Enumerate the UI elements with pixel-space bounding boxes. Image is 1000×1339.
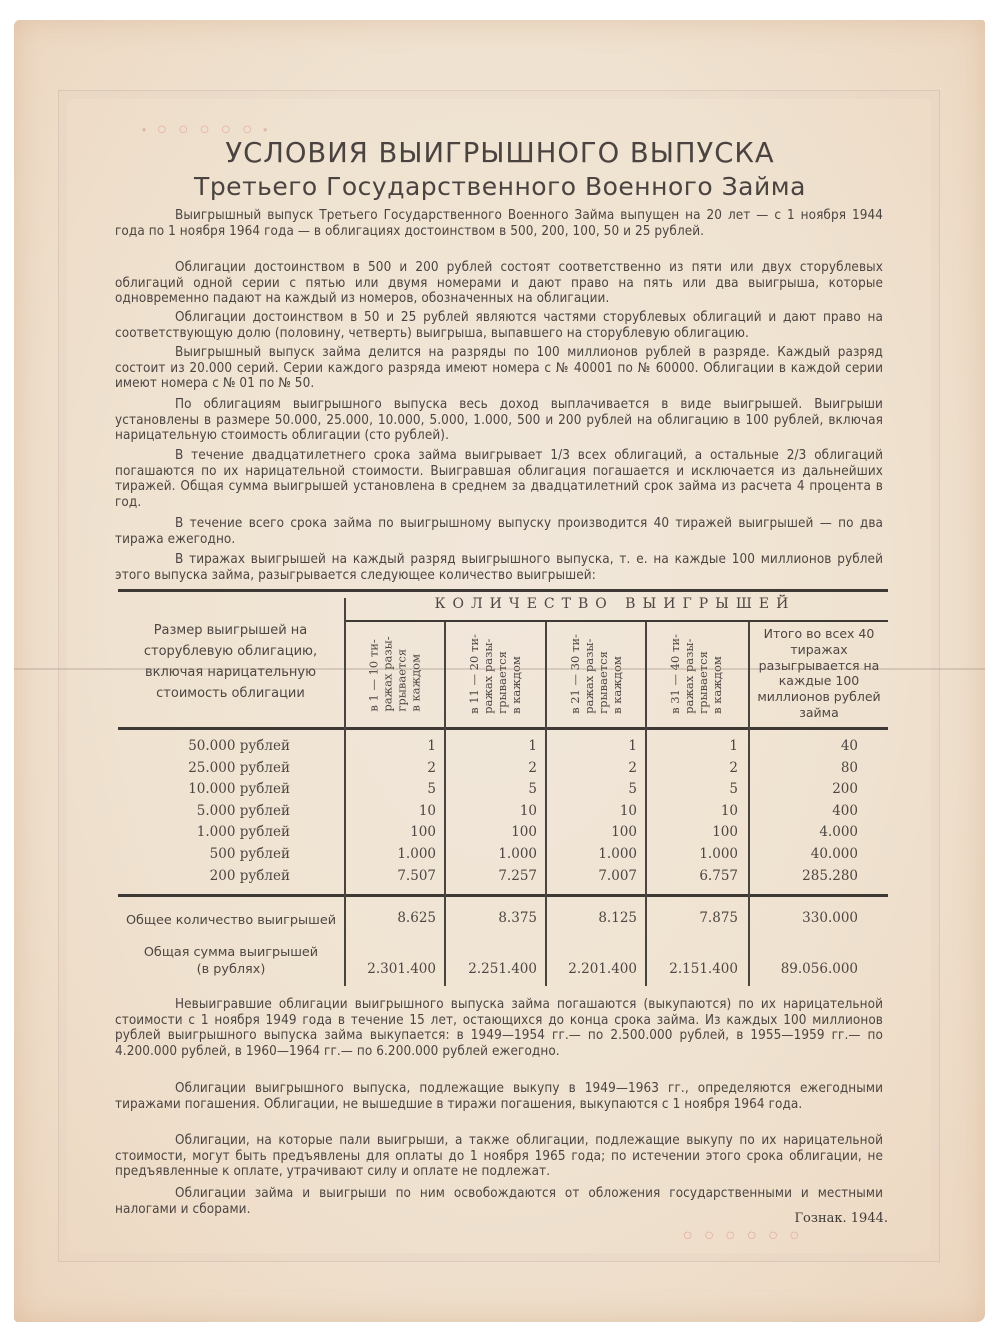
cell: 2 <box>729 760 738 776</box>
table-group-rule <box>345 620 888 622</box>
table-top-rule <box>118 589 888 592</box>
cell: 7.507 <box>397 868 436 884</box>
table-header-draws-11-20: в 11 — 20 ти-ражах разы-грываетсяв каждо… <box>445 624 544 724</box>
paragraph-10: Облигации выигрышного выпуска, подлежащи… <box>115 1081 883 1112</box>
paragraph-1: Выигрышный выпуск Третьего Государственн… <box>115 208 883 239</box>
cell: 2.201.400 <box>568 961 637 977</box>
header-line: в 11 — 20 ти- <box>467 634 481 714</box>
header-line: грывается <box>394 636 408 711</box>
prize-size: 50.000 рублей <box>188 738 290 754</box>
cell: 1.000 <box>598 846 637 862</box>
cell: 6.757 <box>699 868 738 884</box>
summary-row-sum: 2.301.400 2.251.400 2.201.400 2.151.400 … <box>118 961 888 983</box>
header-line: грывается <box>596 634 610 714</box>
cell: 7.875 <box>699 910 738 926</box>
header-line: в каждом <box>408 636 422 711</box>
paragraph-5: По облигациям выигрышного выпуска весь д… <box>115 397 883 444</box>
cell: 1.000 <box>699 846 738 862</box>
prize-size: 200 рублей <box>210 868 290 884</box>
table-header-draws-21-30: в 21 — 30 ти-ражах разы-грываетсяв каждо… <box>546 624 645 724</box>
table-row: 50.000 рублей 1 1 1 1 40 <box>118 738 888 760</box>
cell: 2.151.400 <box>669 961 738 977</box>
summary-row-count: 8.625 8.375 8.125 7.875 330.000 <box>118 910 888 932</box>
cell: 7.257 <box>498 868 537 884</box>
cell: 10 <box>721 803 738 819</box>
cell: 200 <box>832 781 858 797</box>
table-row: 10.000 рублей 5 5 5 5 200 <box>118 781 888 803</box>
faded-stamp-bottom: ◦◦◦◦◦◦ <box>680 1222 808 1252</box>
paragraph-6: В течение двадцатилетнего срока займа вы… <box>115 448 883 510</box>
header-line: в каждом <box>509 634 523 714</box>
prize-size: 5.000 рублей <box>197 803 290 819</box>
cell: 8.375 <box>498 910 537 926</box>
cell: 2.251.400 <box>468 961 537 977</box>
table-header-prize-size: Размер выигрышей на сторублевую облигаци… <box>118 620 343 704</box>
table-header-rule <box>118 727 888 730</box>
prize-size: 25.000 рублей <box>188 760 290 776</box>
cell: 8.125 <box>598 910 637 926</box>
cell: 1.000 <box>498 846 537 862</box>
table-row: 5.000 рублей 10 10 10 10 400 <box>118 803 888 825</box>
cell: 10 <box>520 803 537 819</box>
page-subtitle: Третьего Государственного Военного Займа <box>0 172 1000 201</box>
cell: 1 <box>628 738 637 754</box>
cell: 8.625 <box>397 910 436 926</box>
cell: 1.000 <box>397 846 436 862</box>
cell: 10 <box>620 803 637 819</box>
cell: 100 <box>611 824 637 840</box>
cell: 1 <box>729 738 738 754</box>
header-line: грывается <box>495 634 509 714</box>
table-body-rule <box>118 894 888 897</box>
paragraph-3: Облигации достоинством в 50 и 25 рублей … <box>115 310 883 341</box>
cell: 1 <box>528 738 537 754</box>
header-line: ражах разы- <box>582 634 596 714</box>
cell: 40.000 <box>811 846 858 862</box>
header-line: в каждом <box>710 634 724 714</box>
header-line: ражах разы- <box>380 636 394 711</box>
table-header-draws-31-40: в 31 — 40 ти-ражах разы-грываетсяв каждо… <box>646 624 745 724</box>
cell: 10 <box>419 803 436 819</box>
cell: 100 <box>712 824 738 840</box>
cell: 400 <box>832 803 858 819</box>
cell: 330.000 <box>802 910 858 926</box>
cell: 5 <box>528 781 537 797</box>
cell: 7.007 <box>598 868 637 884</box>
prize-size: 500 рублей <box>210 846 290 862</box>
cell: 89.056.000 <box>781 961 858 977</box>
header-line: ражах разы- <box>481 634 495 714</box>
cell: 2 <box>427 760 436 776</box>
header-line: грывается <box>696 634 710 714</box>
page-title: УСЛОВИЯ ВЫИГРЫШНОГО ВЫПУСКА <box>10 136 990 169</box>
cell: 2.301.400 <box>367 961 436 977</box>
cell: 5 <box>729 781 738 797</box>
table-header-group: КОЛИЧЕСТВО ВЫИГРЫШЕЙ <box>345 596 885 612</box>
paragraph-4: Выигрышный выпуск займа делится на разря… <box>115 345 883 392</box>
table-header-total: Итого во всех 40 тиражах разыгрывается н… <box>750 626 888 721</box>
header-line: ражах разы- <box>682 634 696 714</box>
paragraph-9: Невыигравшие облигации выигрышного выпус… <box>115 997 883 1059</box>
prize-size: 10.000 рублей <box>188 781 290 797</box>
cell: 40 <box>841 738 858 754</box>
header-line: в 31 — 40 ти- <box>668 634 682 714</box>
cell: 100 <box>410 824 436 840</box>
paragraph-2: Облигации достоинством в 500 и 200 рубле… <box>115 260 883 307</box>
prize-size: 1.000 рублей <box>197 824 290 840</box>
paragraph-8: В тиражах выигрышей на каждый разряд выи… <box>115 552 883 583</box>
cell: 2 <box>628 760 637 776</box>
summary-total-sum-label: Общая сумма выигрышей <box>118 945 344 960</box>
header-line: в 1 — 10 ти- <box>366 636 380 711</box>
paragraph-7: В течение всего срока займа по выигрышно… <box>115 516 883 547</box>
table-row: 200 рублей 7.507 7.257 7.007 6.757 285.2… <box>118 868 888 890</box>
paragraph-11: Облигации, на которые пали выигрыши, а т… <box>115 1133 883 1180</box>
header-line: в каждом <box>610 634 624 714</box>
cell: 100 <box>511 824 537 840</box>
cell: 2 <box>528 760 537 776</box>
cell: 80 <box>841 760 858 776</box>
table-row: 1.000 рублей 100 100 100 100 4.000 <box>118 824 888 846</box>
cell: 285.280 <box>802 868 858 884</box>
cell: 5 <box>628 781 637 797</box>
printer-imprint: Гознак. 1944. <box>760 1211 888 1226</box>
table-header-draws-1-10: в 1 — 10 ти-ражах разы-грываетсяв каждом <box>345 624 444 724</box>
cell: 5 <box>427 781 436 797</box>
table-row: 500 рублей 1.000 1.000 1.000 1.000 40.00… <box>118 846 888 868</box>
table-row: 25.000 рублей 2 2 2 2 80 <box>118 760 888 782</box>
cell: 4.000 <box>819 824 858 840</box>
cell: 1 <box>427 738 436 754</box>
header-line: в 21 — 30 ти- <box>568 634 582 714</box>
